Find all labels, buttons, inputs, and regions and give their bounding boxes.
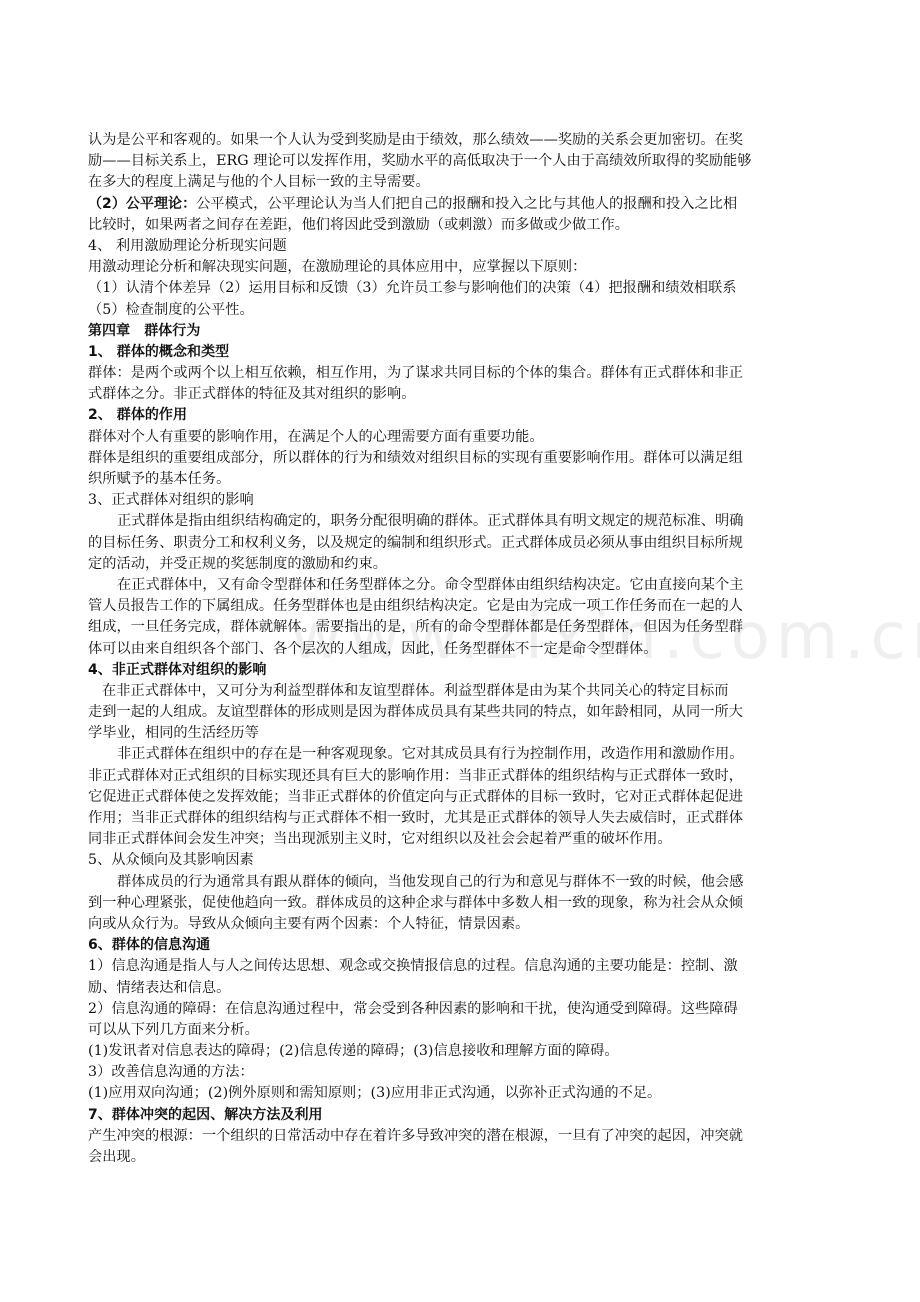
text-line: 学毕业，相同的生活经历等 xyxy=(88,723,834,744)
body-text: 4、 利用激励理论分析现实问题 xyxy=(88,238,287,254)
body-text: 同非正式群体间会发生冲突；当出现派别主义时，它对组织以及社会会起着严重的破坏作用… xyxy=(88,831,672,847)
text-line: 群体是组织的重要组成部分，所以群体的行为和绩效对组织目标的实现有重要影响作用。群… xyxy=(88,448,834,469)
text-line: 管人员报告工作的下属组成。任务型群体也是由组织结构决定。它是由为完成一项工作任务… xyxy=(88,596,834,617)
text-line: 组成，一旦任务完成，群体就解体。需要指出的是，所有的命令型群体都是任务型群体，但… xyxy=(88,617,834,638)
body-text: 群体是组织的重要组成部分，所以群体的行为和绩效对组织目标的实现有重要影响作用。群… xyxy=(88,450,743,466)
text-line: （1）认清个体差异（2）运用目标和反馈（3）允许员工参与影响他们的决策（4）把报… xyxy=(88,278,834,299)
body-text: 向或从众行为。导致从众倾向主要有两个因素：个人特征，情景因素。 xyxy=(88,916,529,932)
text-line: 在正式群体中，又有命令型群体和任务型群体之分。命令型群体由组织结构决定。它由直接… xyxy=(88,575,834,596)
body-text: 励、情绪表达和信息。 xyxy=(88,980,230,996)
text-line: 可以从下列几方面来分析。 xyxy=(88,1020,834,1041)
text-line: 用激动理论分析和解决现实问题，在激励理论的具体应用中，应掌握以下原则： xyxy=(88,257,834,278)
heading-text: 第四章 群体行为 xyxy=(88,323,200,339)
body-text: 会出现。 xyxy=(88,1149,145,1165)
body-text: 定的活动，并受正规的奖惩制度的激励和约束。 xyxy=(88,556,387,572)
heading-text: 7、群体冲突的起因、解决方法及利用 xyxy=(88,1107,323,1123)
body-text: (1)发讯者对信息表达的障碍；(2)信息传递的障碍；(3)信息接收和理解方面的障… xyxy=(88,1043,619,1059)
text-line: 2）信息沟通的障碍：在信息沟通过程中，常会受到各种因素的影响和干扰，使沟通受到障… xyxy=(88,999,834,1020)
text-line: 3）改善信息沟通的方法： xyxy=(88,1062,834,1083)
text-line: 3、正式群体对组织的影响 xyxy=(88,490,834,511)
heading-line: 2、 群体的作用 xyxy=(88,405,834,426)
text-line: 1）信息沟通是指人与人之间传达思想、观念或交换情报信息的过程。信息沟通的主要功能… xyxy=(88,956,834,977)
body-text: 学毕业，相同的生活经历等 xyxy=(88,725,259,741)
body-text: 式群体之分。非正式群体的特征及其对组织的影响。 xyxy=(88,386,415,402)
text-line: 在非正式群体中，又可分为利益型群体和友谊型群体。利益型群体是由为某个共同关心的特… xyxy=(88,681,834,702)
body-text: 非正式群体在组织中的存在是一种客观现象。它对其成员具有行为控制作用，改造作用和激… xyxy=(117,746,743,762)
body-text: 2）信息沟通的障碍：在信息沟通过程中，常会受到各种因素的影响和干扰，使沟通受到障… xyxy=(88,1001,738,1017)
text-line: 认为是公平和客观的。如果一个人认为受到奖励是由于绩效，那么绩效——奖励的关系会更… xyxy=(88,130,834,151)
text-line: 定的活动，并受正规的奖惩制度的激励和约束。 xyxy=(88,554,834,575)
text-line: 非正式群体对正式组织的目标实现还具有巨大的影响作用：当非正式群体的组织结构与正式… xyxy=(88,766,834,787)
body-text: 可以从下列几方面来分析。 xyxy=(88,1022,259,1038)
body-text: 走到一起的人组成。友谊型群体的形成则是因为群体成员具有某些共同的特点，如年龄相同… xyxy=(88,704,743,720)
text-line: 5、从众倾向及其影响因素 xyxy=(88,850,834,871)
text-line: 群体成员的行为通常具有跟从群体的倾向，当他发现自己的行为和意见与群体不一致的时候… xyxy=(88,872,834,893)
body-text: 非正式群体对正式组织的目标实现还具有巨大的影响作用：当非正式群体的组织结构与正式… xyxy=(88,768,743,784)
body-text: 体可以由来自组织各个部门、各个层次的人组成，因此，任务型群体不一定是命令型群体。 xyxy=(88,641,658,657)
heading-line: 4、非正式群体对组织的影响 xyxy=(88,660,834,681)
text-line: 它促进正式群体使之发挥效能；当非正式群体的价值定向与正式群体的目标一致时，它对正… xyxy=(88,787,834,808)
text-line: （5）检查制度的公平性。 xyxy=(88,300,834,321)
text-line: 非正式群体在组织中的存在是一种客观现象。它对其成员具有行为控制作用，改造作用和激… xyxy=(88,744,834,765)
body-text: 在非正式群体中，又可分为利益型群体和友谊型群体。利益型群体是由为某个共同关心的特… xyxy=(102,683,728,699)
body-text: （5）检查制度的公平性。 xyxy=(88,302,254,318)
text-line: 会出现。 xyxy=(88,1147,834,1168)
body-text: 产生冲突的根源：一个组织的日常活动中存在着许多导致冲突的潜在根源，一旦有了冲突的… xyxy=(88,1128,743,1144)
text-line: 产生冲突的根源：一个组织的日常活动中存在着许多导致冲突的潜在根源，一旦有了冲突的… xyxy=(88,1126,834,1147)
heading-text: 2、 群体的作用 xyxy=(88,407,187,423)
heading-line: 第四章 群体行为 xyxy=(88,321,834,342)
heading-text: 6、群体的信息沟通 xyxy=(88,937,210,953)
document-page: 认为是公平和客观的。如果一个人认为受到奖励是由于绩效，那么绩效——奖励的关系会更… xyxy=(88,130,834,1168)
body-text: 组成，一旦任务完成，群体就解体。需要指出的是，所有的命令型群体都是任务型群体，但… xyxy=(88,619,743,635)
heading-text: 1、 群体的概念和类型 xyxy=(88,344,229,360)
text-line: 走到一起的人组成。友谊型群体的形成则是因为群体成员具有某些共同的特点，如年龄相同… xyxy=(88,702,834,723)
text-line: 作用；当非正式群体的组织结构与正式群体不相一致时，尤其是正式群体的领导人失去威信… xyxy=(88,808,834,829)
text-line: 式群体之分。非正式群体的特征及其对组织的影响。 xyxy=(88,384,834,405)
body-text: 公平模式，公平理论认为当人们把自己的报酬和投入之比与其他人的报酬和投入之比相 xyxy=(196,196,737,212)
text-line: 织所赋予的基本任务。 xyxy=(88,469,834,490)
text-line: 体可以由来自组织各个部门、各个层次的人组成，因此，任务型群体不一定是命令型群体。 xyxy=(88,639,834,660)
heading-text: （2）公平理论： xyxy=(88,196,196,212)
text-line: 励、情绪表达和信息。 xyxy=(88,978,834,999)
text-line: 群体：是两个或两个以上相互依赖，相互作用，为了谋求共同目标的个体的集合。群体有正… xyxy=(88,363,834,384)
body-text: 正式群体是指由组织结构确定的，职务分配很明确的群体。正式群体具有明文规定的规范标… xyxy=(117,513,743,529)
text-line: 向或从众行为。导致从众倾向主要有两个因素：个人特征，情景因素。 xyxy=(88,914,834,935)
body-text: 它促进正式群体使之发挥效能；当非正式群体的价值定向与正式群体的目标一致时，它对正… xyxy=(88,789,743,805)
body-text: (1)应用双向沟通；(2)例外原则和需知原则；(3)应用非正式沟通，以弥补正式沟… xyxy=(88,1085,661,1101)
body-text: 3、正式群体对组织的影响 xyxy=(88,492,254,508)
body-text: 在多大的程度上满足与他的个人目标一致的主导需要。 xyxy=(88,174,430,190)
body-text: 用激动理论分析和解决现实问题，在激励理论的具体应用中，应掌握以下原则： xyxy=(88,259,586,275)
body-text: 作用；当非正式群体的组织结构与正式群体不相一致时，尤其是正式群体的领导人失去威信… xyxy=(88,810,743,826)
text-line: (1)发讯者对信息表达的障碍；(2)信息传递的障碍；(3)信息接收和理解方面的障… xyxy=(88,1041,834,1062)
body-text: 的目标任务、职责分工和权利义务，以及规定的编制和组织形式。正式群体成员必须从事由… xyxy=(88,535,743,551)
text-line: 励——目标关系上，ERG 理论可以发挥作用，奖励水平的高低取决于一个人由于高绩效… xyxy=(88,151,834,172)
body-text: 1）信息沟通是指人与人之间传达思想、观念或交换情报信息的过程。信息沟通的主要功能… xyxy=(88,958,738,974)
text-line: 在多大的程度上满足与他的个人目标一致的主导需要。 xyxy=(88,172,834,193)
text-line: 到一种心理紧张，促使他趋向一致。群体成员的这种企求与群体中多数人相一致的现象，称… xyxy=(88,893,834,914)
body-text: （1）认清个体差异（2）运用目标和反馈（3）允许员工参与影响他们的决策（4）把报… xyxy=(88,280,737,296)
heading-line: 7、群体冲突的起因、解决方法及利用 xyxy=(88,1105,834,1126)
body-text: 织所赋予的基本任务。 xyxy=(88,471,230,487)
body-text: 群体对个人有重要的影响作用，在满足个人的心理需要方面有重要功能。 xyxy=(88,429,544,445)
text-line: 比较时，如果两者之间存在差距，他们将因此受到激励（或刺激）而多做或少做工作。 xyxy=(88,215,834,236)
text-line: 正式群体是指由组织结构确定的，职务分配很明确的群体。正式群体具有明文规定的规范标… xyxy=(88,511,834,532)
text-line: 4、 利用激励理论分析现实问题 xyxy=(88,236,834,257)
text-line: (1)应用双向沟通；(2)例外原则和需知原则；(3)应用非正式沟通，以弥补正式沟… xyxy=(88,1083,834,1104)
body-text: 管人员报告工作的下属组成。任务型群体也是由组织结构决定。它是由为完成一项工作任务… xyxy=(88,598,743,614)
heading-text: 4、非正式群体对组织的影响 xyxy=(88,662,266,678)
text-line: 同非正式群体间会发生冲突；当出现派别主义时，它对组织以及社会会起着严重的破坏作用… xyxy=(88,829,834,850)
body-text: 认为是公平和客观的。如果一个人认为受到奖励是由于绩效，那么绩效——奖励的关系会更… xyxy=(88,132,743,148)
body-text: 到一种心理紧张，促使他趋向一致。群体成员的这种企求与群体中多数人相一致的现象，称… xyxy=(88,895,743,911)
text-line: 的目标任务、职责分工和权利义务，以及规定的编制和组织形式。正式群体成员必须从事由… xyxy=(88,533,834,554)
body-text: 在正式群体中，又有命令型群体和任务型群体之分。命令型群体由组织结构决定。它由直接… xyxy=(117,577,743,593)
heading-line: 6、群体的信息沟通 xyxy=(88,935,834,956)
heading-line: （2）公平理论：公平模式，公平理论认为当人们把自己的报酬和投入之比与其他人的报酬… xyxy=(88,194,834,215)
heading-line: 1、 群体的概念和类型 xyxy=(88,342,834,363)
body-text: 3）改善信息沟通的方法： xyxy=(88,1064,254,1080)
body-text: 群体：是两个或两个以上相互依赖，相互作用，为了谋求共同目标的个体的集合。群体有正… xyxy=(88,365,743,381)
text-line: 群体对个人有重要的影响作用，在满足个人的心理需要方面有重要功能。 xyxy=(88,427,834,448)
body-text: 比较时，如果两者之间存在差距，他们将因此受到激励（或刺激）而多做或少做工作。 xyxy=(88,217,629,233)
body-text: 励——目标关系上，ERG 理论可以发挥作用，奖励水平的高低取决于一个人由于高绩效… xyxy=(88,153,752,169)
body-text: 群体成员的行为通常具有跟从群体的倾向，当他发现自己的行为和意见与群体不一致的时候… xyxy=(117,874,743,890)
body-text: 5、从众倾向及其影响因素 xyxy=(88,852,254,868)
